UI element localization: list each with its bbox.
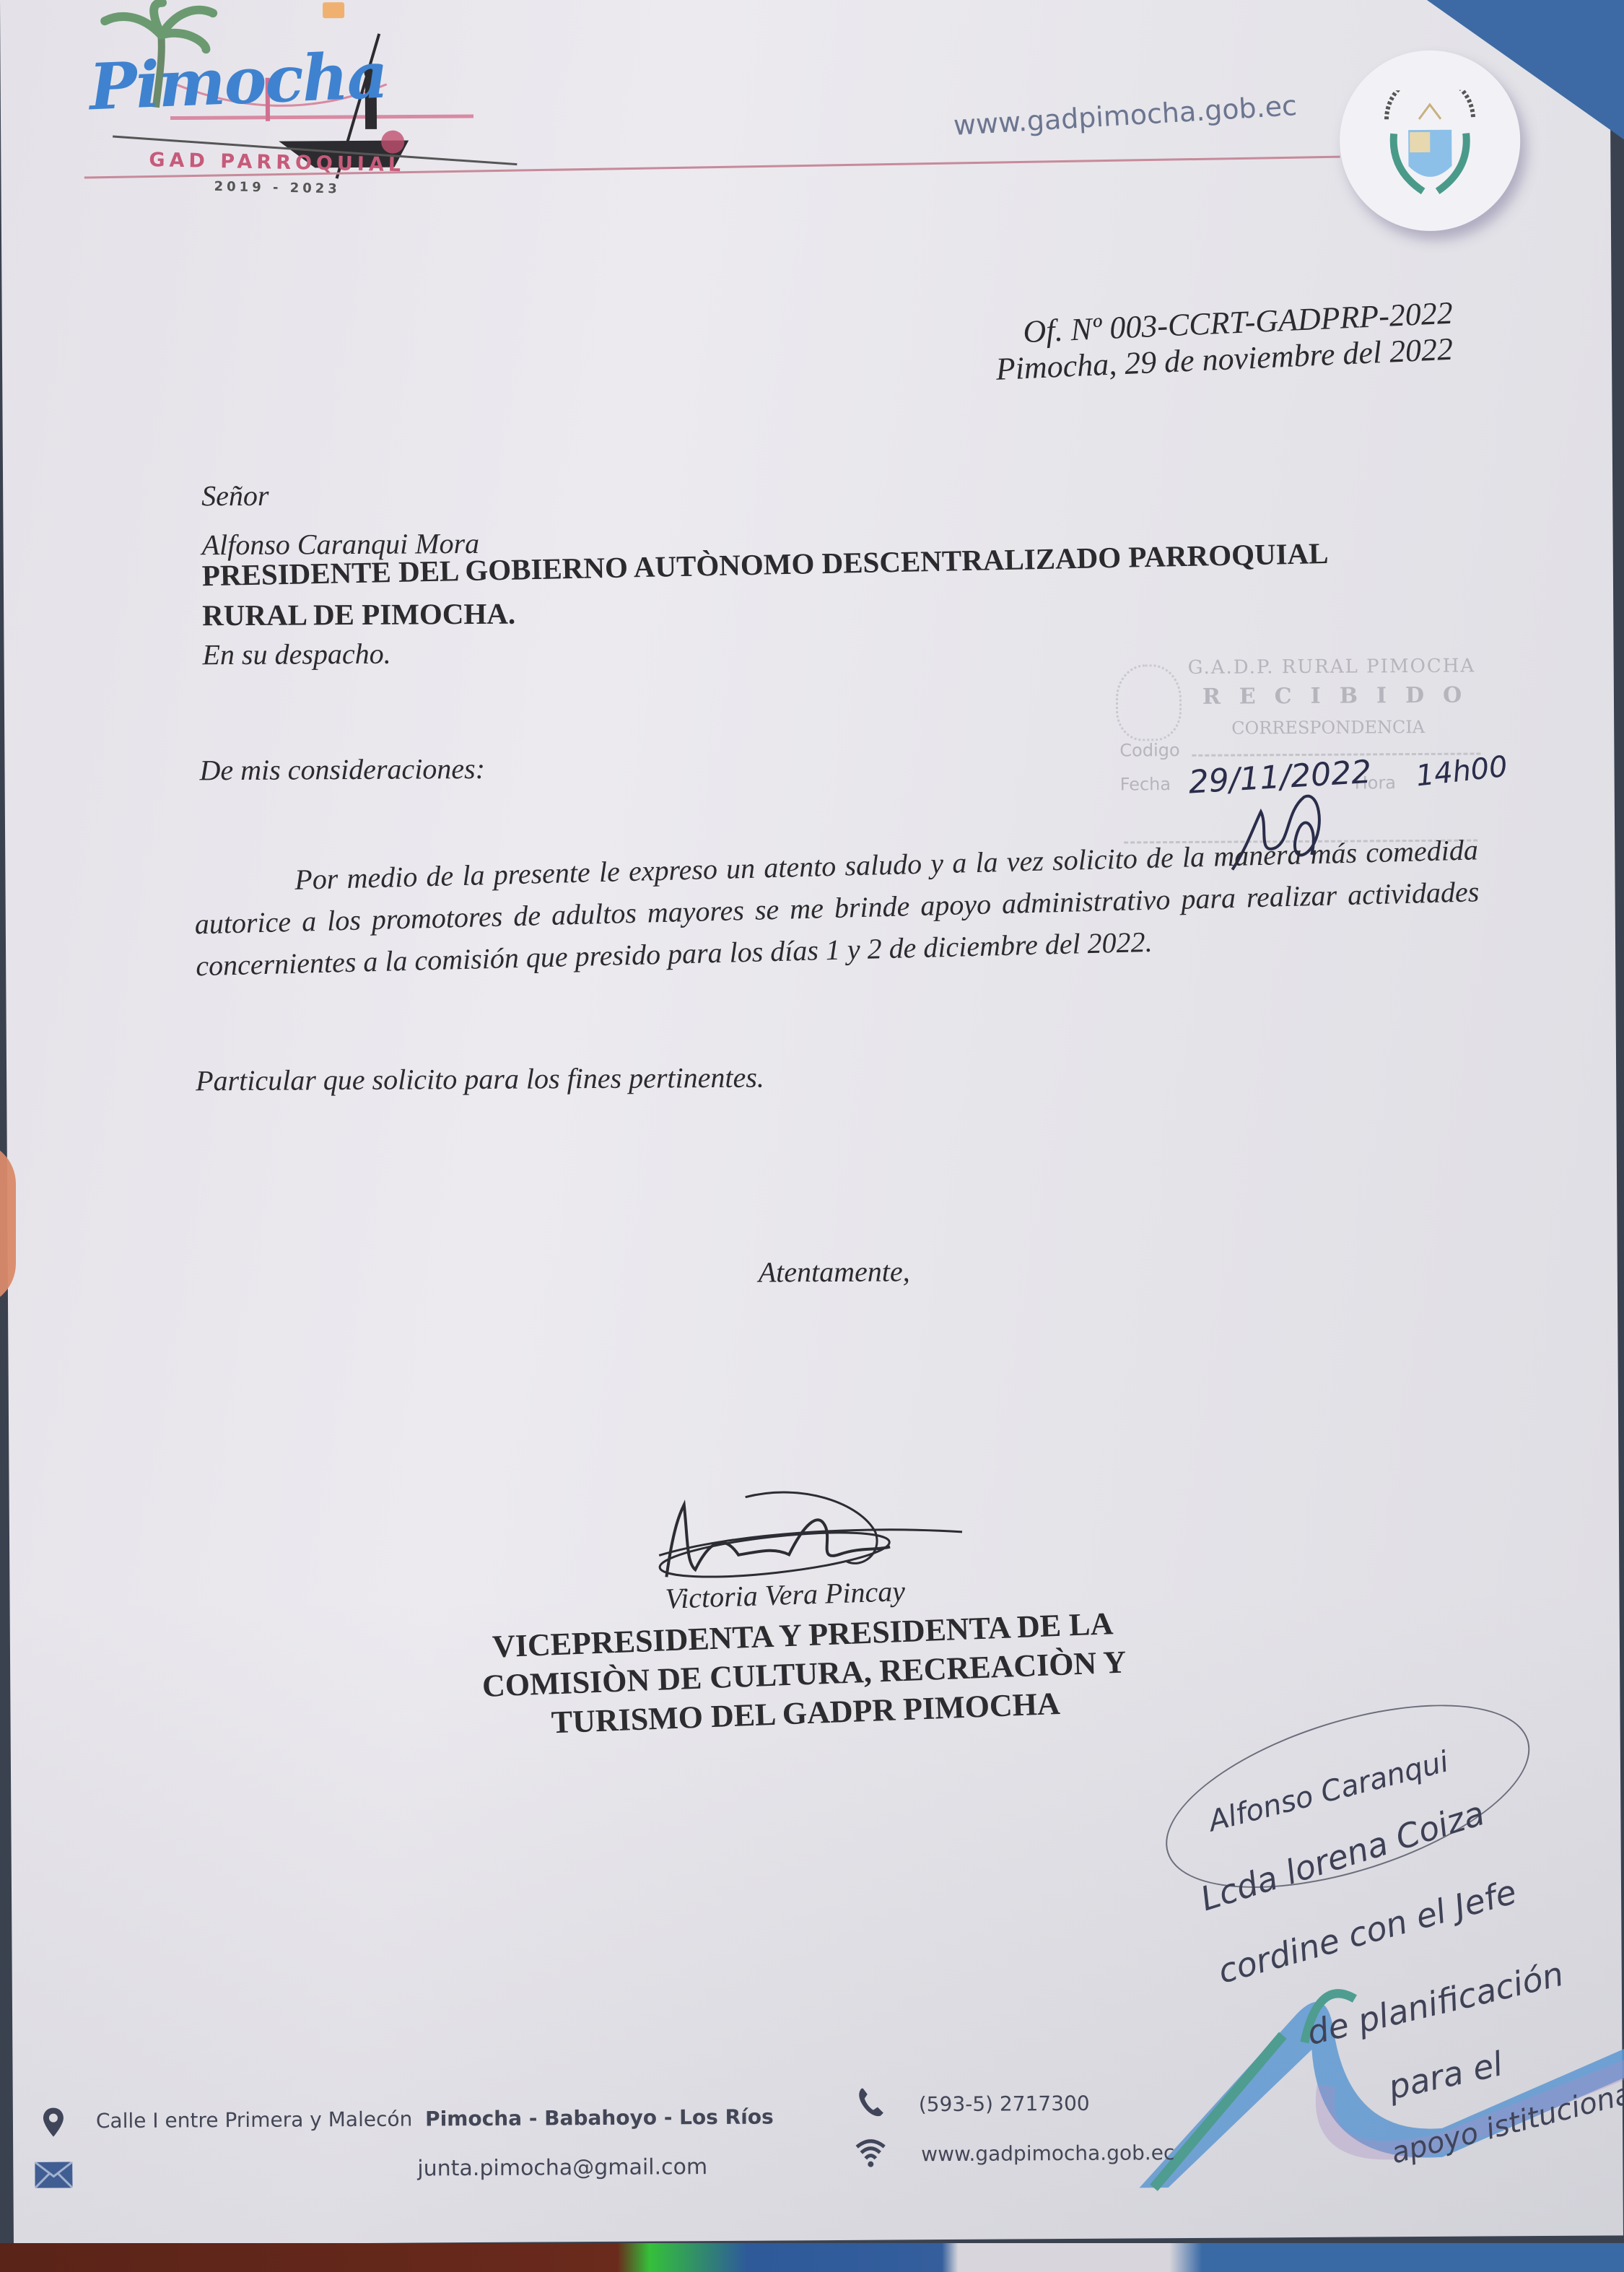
stamp-label: RECIBIDO — [1202, 682, 1480, 709]
recipient-location: En su despacho. — [202, 637, 390, 672]
phone-icon — [857, 2087, 886, 2119]
footer-address-street: Calle I entre Primera y Malecón — [96, 2107, 413, 2133]
location-pin-icon — [42, 2107, 65, 2138]
logo-wordmark: Pimocha — [88, 38, 388, 125]
signer-name: Victoria Vera Pincay — [665, 1574, 906, 1616]
footer-address: Calle I entre Primera y Malecón Pimocha … — [96, 2105, 774, 2133]
stamp-org: G.A.D.P. RURAL PIMOCHA — [1188, 656, 1476, 679]
body-paragraph-text: Por medio de la presente le expreso un a… — [194, 833, 1480, 982]
footer-phone: (593-5) 2717300 — [919, 2092, 1090, 2116]
stamp-fecha-label: Fecha — [1120, 774, 1171, 794]
recipient-title-line2: RURAL DE PIMOCHA. — [202, 596, 515, 633]
signer-title: VICEPRESIDENTA Y PRESIDENTA DE LA COMISI… — [455, 1603, 1152, 1746]
recipient-salutation: Señor — [201, 479, 269, 513]
stamp-codigo-label: Codigo — [1119, 740, 1179, 761]
closing-salutation: Atentamente, — [759, 1254, 910, 1289]
footer-email-link[interactable]: junta.pimocha@gmail.com — [417, 2154, 707, 2181]
background-surface — [0, 2243, 1624, 2272]
closing-request: Particular que solicito para los fines p… — [196, 1061, 764, 1098]
coat-of-arms-icon — [1379, 90, 1481, 199]
header-website-link[interactable]: www.gadpimocha.gob.ec — [953, 90, 1298, 142]
greeting: De mis consideraciones: — [199, 752, 485, 787]
footer-website-link[interactable]: www.gadpimocha.gob.ec — [921, 2141, 1174, 2166]
parish-seal — [1339, 50, 1521, 232]
wifi-web-icon — [854, 2136, 887, 2169]
handwritten-signature-icon — [645, 1481, 977, 1592]
body-paragraph: Por medio de la presente le expreso un a… — [193, 829, 1481, 987]
letter-page: Pimocha GAD PARROQUIAL 2019 - 2023 www.g… — [0, 0, 1623, 2245]
email-envelope-icon — [35, 2162, 72, 2188]
footer-address-city: Pimocha - Babahoyo - Los Ríos — [425, 2105, 774, 2131]
stamp-emblem-icon — [1116, 664, 1182, 741]
logo-years: 2019 - 2023 — [214, 179, 341, 197]
stamp-department: CORRESPONDENCIA — [1231, 717, 1425, 739]
